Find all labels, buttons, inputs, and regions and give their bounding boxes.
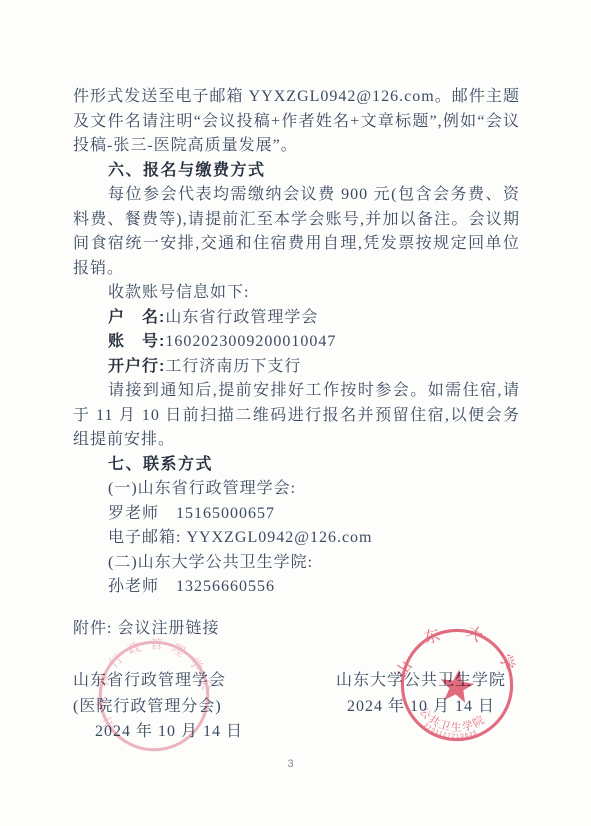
account-number-value: 1602023009200010047 <box>165 333 336 350</box>
account-holder-row: 户 名:山东省行政管理学会 <box>73 306 520 331</box>
signature-left-org: 山东省行政管理学会 <box>73 668 243 694</box>
account-bank-value: 工行济南历下支行 <box>165 358 301 375</box>
contact-org-1: (一)山东省行政管理学会: <box>73 477 520 502</box>
section-6-heading: 六、报名与缴费方式 <box>73 159 520 184</box>
paragraph-account-intro: 收款账号信息如下: <box>73 281 520 306</box>
contact-person-2-phone: 孙老师 13256660556 <box>73 575 520 600</box>
page-number: 3 <box>0 758 581 770</box>
signature-right-org: 山东大学公共卫生学院 <box>336 668 506 694</box>
paragraph-email-submission: 件形式发送至电子邮箱 YYXZGL0942@126.com。邮件主题及文件名请注… <box>73 85 520 159</box>
paragraph-attendance-notice: 请接到通知后,提前安排好工作按时参会。如需住宿,请于 11 月 10 日前扫描二… <box>73 379 520 453</box>
contact-org-2: (二)山东大学公共卫生学院: <box>73 551 520 576</box>
account-holder-value: 山东省行政管理学会 <box>165 309 318 326</box>
section-7-heading: 七、联系方式 <box>73 453 520 478</box>
account-holder-label: 户 名: <box>108 309 165 326</box>
contact-email: 电子邮箱: YYXZGL0942@126.com <box>73 526 520 551</box>
scanned-document-page: 件形式发送至电子邮箱 YYXZGL0942@126.com。邮件主题及文件名请注… <box>0 0 591 826</box>
signature-block: 山东省行政管理学会 (医院行政管理分会) 2024 年 10 月 14 日 山东… <box>73 668 520 745</box>
account-number-label: 账 号: <box>108 333 165 350</box>
account-bank-row: 开户行:工行济南历下支行 <box>73 355 520 380</box>
document-body: 件形式发送至电子邮箱 YYXZGL0942@126.com。邮件主题及文件名请注… <box>73 85 520 641</box>
account-bank-label: 开户行: <box>108 358 165 375</box>
contact-person-1-phone: 罗老师 15165000657 <box>73 502 520 527</box>
signature-left-branch: (医院行政管理分会) <box>73 694 243 720</box>
paragraph-fee-info: 每位参会代表均需缴纳会议费 900 元(包含会务费、资料费、餐费等),请提前汇至… <box>73 183 520 281</box>
signature-right: 山东大学公共卫生学院 2024 年 10 月 14 日 <box>336 668 506 745</box>
signature-right-date: 2024 年 10 月 14 日 <box>336 694 506 720</box>
attachment-line: 附件: 会议注册链接 <box>73 617 520 642</box>
signature-left: 山东省行政管理学会 (医院行政管理分会) 2024 年 10 月 14 日 <box>73 668 243 745</box>
signature-left-date: 2024 年 10 月 14 日 <box>95 719 243 745</box>
account-number-row: 账 号:1602023009200010047 <box>73 330 520 355</box>
